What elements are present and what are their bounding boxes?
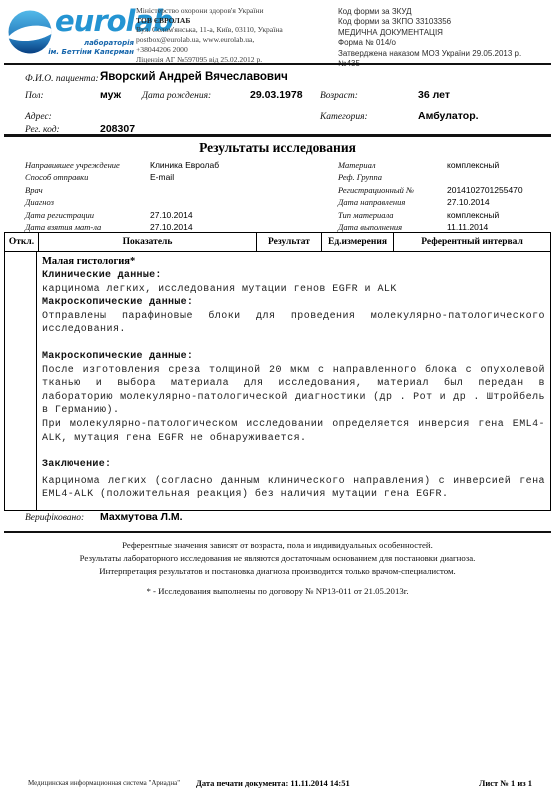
patient-age-label: Возраст: bbox=[320, 91, 358, 101]
note-line: Результаты лабораторного исследования не… bbox=[0, 552, 555, 565]
meta-row: Тип материалакомплексный bbox=[338, 210, 552, 222]
block-text: При молекулярно-патологическом исследова… bbox=[42, 418, 545, 445]
header-divider bbox=[4, 63, 551, 65]
meta-label: Способ отправки bbox=[25, 172, 150, 182]
note-line: Интерпретация результатов и постановка д… bbox=[0, 565, 555, 578]
results-table-body: Малая гистология* Клинические данные: ка… bbox=[5, 252, 550, 510]
verify-divider bbox=[4, 531, 551, 533]
block-text: После изготовления среза толщиной 20 мкм… bbox=[42, 364, 545, 418]
org-line-company: ТОВ ЄВРОЛАБ bbox=[136, 16, 334, 26]
eurolab-logo: eurolab лабораторія ім. Беттіни Капєрман bbox=[7, 8, 135, 60]
footer-sheet-number: Лист № 1 из 1 bbox=[479, 778, 532, 788]
block-text: Отправлены парафиновые блоки для проведе… bbox=[42, 310, 545, 337]
block-text: карцинома легких, исследования мутации г… bbox=[42, 283, 545, 297]
results-table: Откл. Показатель Результат Ед.измерения … bbox=[4, 232, 551, 511]
patient-birth-label: Дата рождения: bbox=[142, 91, 211, 101]
code-zkud: Код форми за ЗКУД bbox=[338, 7, 552, 17]
meta-label: Реф. Группа bbox=[338, 172, 447, 182]
results-content: Малая гистология* Клинические данные: ка… bbox=[37, 252, 550, 510]
patient-divider bbox=[4, 134, 551, 137]
footer-print-date: Дата печати документа: 11.11.2014 14:51 bbox=[196, 778, 350, 788]
patient-sex-label: Пол: bbox=[25, 91, 44, 101]
macroscopic-data-block-2: Макроскопические данные: После изготовле… bbox=[42, 350, 545, 445]
verified-name: Махмутова Л.М. bbox=[100, 511, 183, 523]
patient-name-value: Яворский Андрей Вячеславович bbox=[100, 71, 288, 83]
meta-row: Врач bbox=[25, 185, 295, 197]
meta-label: Диагноз bbox=[25, 197, 150, 207]
contract-note: * - Исследования выполнены по договору №… bbox=[0, 586, 555, 596]
org-line-address: Вул. Солом'янська, 11-а, Київ, 03110, Ук… bbox=[136, 25, 334, 35]
meta-right-block: Материалкомплексный Реф. Группа Регистра… bbox=[338, 160, 552, 234]
patient-birth-value: 29.03.1978 bbox=[250, 89, 303, 101]
meta-label: Врач bbox=[25, 185, 150, 195]
meta-value: 2014102701255470 bbox=[447, 185, 523, 195]
deviation-cell bbox=[5, 252, 37, 510]
code-approved: Затверджена наказом МОЗ України 29.05.20… bbox=[338, 49, 552, 59]
meta-label: Дата регистрации bbox=[25, 210, 150, 220]
logo-subtitle-lab: лабораторія bbox=[7, 39, 134, 47]
meta-label: Дата направления bbox=[338, 197, 447, 207]
patient-address-label: Адрес: bbox=[25, 112, 52, 122]
block-heading: Макроскопические данные: bbox=[42, 296, 545, 310]
patient-age-value: 36 лет bbox=[418, 89, 450, 101]
patient-category-value: Амбулатор. bbox=[418, 110, 479, 122]
meta-value: комплексный bbox=[447, 160, 499, 170]
macroscopic-data-block-1: Макроскопические данные: Отправлены пара… bbox=[42, 296, 545, 337]
meta-value: E-mail bbox=[150, 172, 174, 182]
organization-block: Міністерство охорони здоров'я України ТО… bbox=[136, 6, 334, 64]
conclusion-block: Заключение: Карцинома легких (согласно д… bbox=[42, 458, 545, 502]
code-form-number: Форма № 014/о bbox=[338, 38, 552, 48]
meta-left-block: Направившее учреждениеКлиника Евролаб Сп… bbox=[25, 160, 295, 234]
meta-label: Направившее учреждение bbox=[25, 160, 150, 170]
results-table-header: Откл. Показатель Результат Ед.измерения … bbox=[5, 233, 550, 252]
block-heading: Макроскопические данные: bbox=[42, 350, 545, 364]
footer-system-name: Медицинская информационная система "Ариа… bbox=[28, 779, 180, 787]
org-line-phone: +38044206 2000 bbox=[136, 45, 334, 55]
block-heading: Заключение: bbox=[42, 458, 545, 472]
meta-row: Способ отправкиE-mail bbox=[25, 172, 295, 184]
meta-row: Материалкомплексный bbox=[338, 160, 552, 172]
meta-label: Тип материала bbox=[338, 210, 447, 220]
patient-name-label: Ф.И.О. пациента: bbox=[25, 74, 99, 84]
meta-value: 27.10.2014 bbox=[150, 222, 193, 232]
block-heading: Клинические данные: bbox=[42, 269, 545, 283]
block-text: Карцинома легких (согласно данным клинич… bbox=[42, 475, 545, 502]
meta-row: Дата направления27.10.2014 bbox=[338, 197, 552, 209]
code-med-doc: МЕДИЧНА ДОКУМЕНТАЦІЯ bbox=[338, 28, 552, 38]
meta-label: Регистрационный № bbox=[338, 185, 447, 195]
org-line-email-site: postbox@eurolab.ua, www.eurolab.ua, bbox=[136, 35, 334, 45]
org-line-ministry: Міністерство охорони здоров'я України bbox=[136, 6, 334, 16]
col-deviation: Откл. bbox=[5, 233, 39, 251]
patient-category-label: Категория: bbox=[320, 112, 368, 122]
meta-row: Дата регистрации27.10.2014 bbox=[25, 210, 295, 222]
meta-value: комплексный bbox=[447, 210, 499, 220]
meta-value: 27.10.2014 bbox=[447, 197, 490, 207]
note-line: Референтные значения зависят от возраста… bbox=[0, 539, 555, 552]
lab-results-document: eurolab лабораторія ім. Беттіни Капєрман… bbox=[0, 0, 555, 800]
section-title: Малая гистология* bbox=[42, 255, 545, 269]
meta-row: Регистрационный №2014102701255470 bbox=[338, 185, 552, 197]
meta-value: 11.11.2014 bbox=[447, 222, 488, 232]
page-title: Результаты исследования bbox=[0, 140, 555, 156]
meta-row: Диагноз bbox=[25, 197, 295, 209]
col-result: Результат bbox=[257, 233, 322, 251]
col-indicator: Показатель bbox=[39, 233, 257, 251]
meta-label: Дата выполнения bbox=[338, 222, 447, 232]
logo-subtitle-name: ім. Беттіни Капєрман bbox=[7, 48, 134, 56]
meta-row: Направившее учреждениеКлиника Евролаб bbox=[25, 160, 295, 172]
col-units: Ед.измерения bbox=[322, 233, 394, 251]
meta-row: Реф. Группа bbox=[338, 172, 552, 184]
form-codes-block: Код форми за ЗКУД Код форми за ЗКПО 3310… bbox=[338, 7, 552, 69]
meta-value: 27.10.2014 bbox=[150, 210, 193, 220]
verified-label: Верифіковано: bbox=[25, 513, 84, 523]
disclaimer-notes: Референтные значения зависят от возраста… bbox=[0, 539, 555, 579]
code-zkpo: Код форми за ЗКПО 33103356 bbox=[338, 17, 552, 27]
patient-sex-value: муж bbox=[100, 89, 121, 101]
meta-label: Материал bbox=[338, 160, 447, 170]
clinical-data-block: Клинические данные: карцинома легких, ис… bbox=[42, 269, 545, 296]
col-reference: Референтный интервал bbox=[394, 233, 550, 251]
meta-value: Клиника Евролаб bbox=[150, 160, 219, 170]
meta-label: Дата взятия мат-ла bbox=[25, 222, 150, 232]
